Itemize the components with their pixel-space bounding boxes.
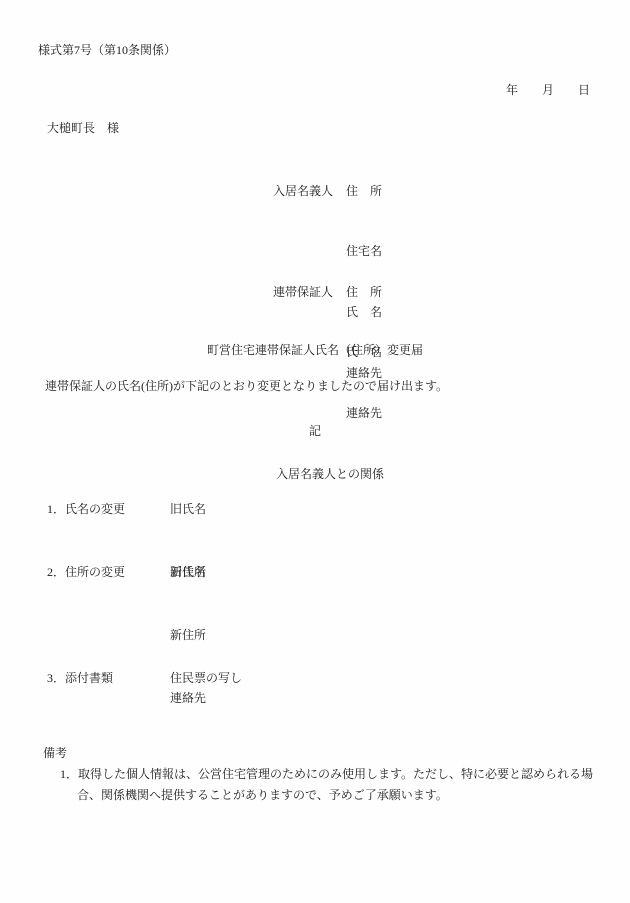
applicant-field-address: 住 所 [346, 181, 382, 201]
item-label: 住所の変更 [65, 565, 125, 579]
item-number: 2． [47, 565, 65, 579]
item-label: 氏名の変更 [65, 502, 125, 516]
item-value-old-address: 旧住所 [170, 562, 206, 583]
item-row: 1．氏名の変更 旧氏名 [47, 499, 206, 520]
item-row: 2．住所の変更 旧住所 [47, 562, 206, 583]
item-heading: 2．住所の変更 [47, 562, 170, 583]
document-title: 町営住宅連帯保証人氏名（住所）変更届 [0, 340, 630, 360]
guarantor-relation-line: 入居名義人との関係 [273, 464, 384, 484]
notes-heading: 備考 [43, 743, 67, 763]
item-heading: 3．添付書類 [47, 668, 170, 689]
notes-line-2: 合、関係機関へ提供することがありますので、予めご了承願います。 [77, 785, 448, 806]
item-value-resident-card: 住民票の写し [170, 668, 242, 689]
body-text: 連帯保証人の氏名(住所)が下記のとおり変更となりましたので届け出ます。 [45, 376, 448, 396]
guarantor-label: 連帯保証人 [273, 282, 346, 302]
applicant-label: 入居名義人 [273, 181, 346, 201]
notes-line-1: 1．取得した個人情報は、公営住宅管理のためにのみ使用します。ただし、特に必要と認… [60, 764, 593, 785]
addressee: 大槌町長 様 [47, 118, 119, 138]
guarantor-field-address: 住 所 [346, 282, 382, 302]
item-number: 3． [47, 671, 65, 685]
item-label: 添付書類 [65, 671, 113, 685]
form-number: 様式第7号（第10条関係） [38, 40, 176, 60]
item-attachments: 3．添付書類 住民票の写し [47, 626, 242, 731]
item-value-old-name: 旧氏名 [170, 499, 206, 520]
document-page: 様式第7号（第10条関係） 年 月 日 大槌町長 様 入居名義人 住 所 住宅名… [0, 0, 630, 903]
section-marker: 記 [0, 421, 630, 441]
item-heading: 1．氏名の変更 [47, 499, 170, 520]
guarantor-row-address: 連帯保証人 住 所 [273, 282, 384, 302]
applicant-row-address: 入居名義人 住 所 [273, 181, 382, 201]
item-number: 1． [47, 502, 65, 516]
date-line: 年 月 日 [506, 80, 590, 100]
item-row: 3．添付書類 住民票の写し [47, 668, 242, 689]
